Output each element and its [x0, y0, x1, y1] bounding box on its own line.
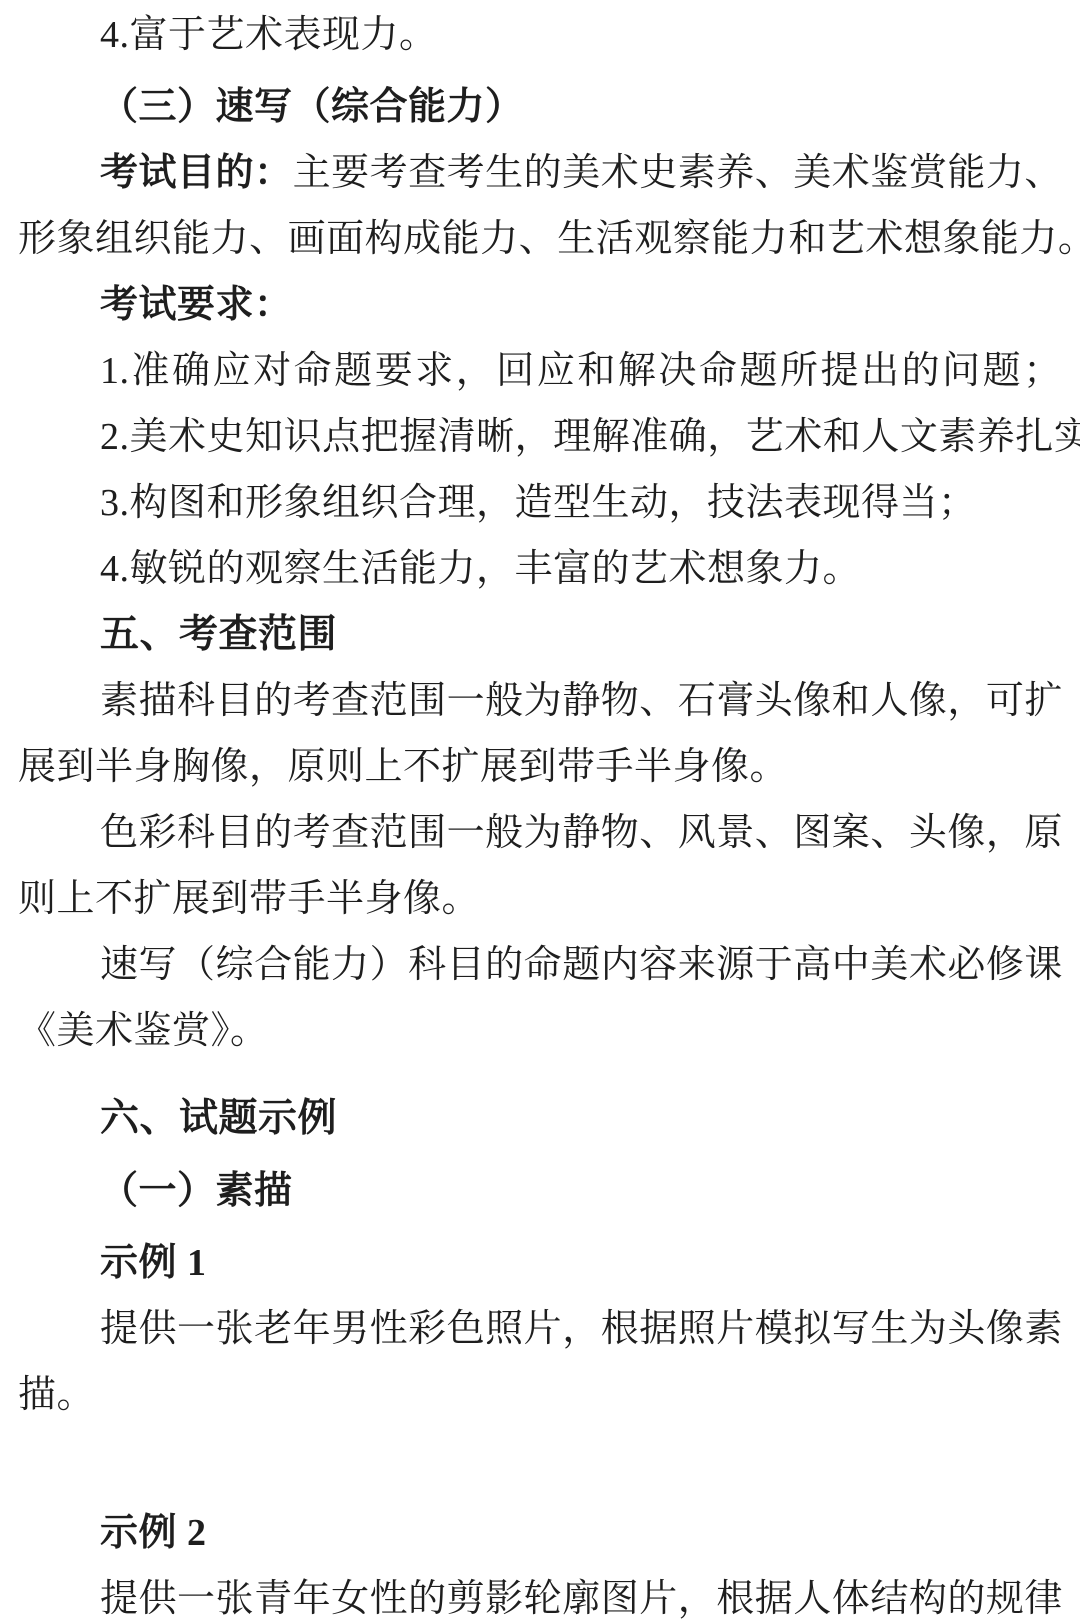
line-label: 考试要求： [100, 284, 293, 326]
text-line: 1.准确应对命题要求，回应和解决命题所提出的问题； [18, 338, 1062, 404]
text-line: 4.富于艺术表现力。 [18, 2, 1062, 68]
text-line: 形象组织能力、画面构成能力、生活观察能力和艺术想象能力。 [18, 206, 1062, 272]
text-line: 4.敏锐的观察生活能力，丰富的艺术想象力。 [18, 536, 1062, 602]
text-line: 考试要求： [18, 272, 1062, 338]
blank-line [18, 1428, 1062, 1494]
text-line: 速写（综合能力）科目的命题内容来源于高中美术必修课 [18, 932, 1062, 998]
sub-heading: （三）速写（综合能力） [18, 74, 1062, 140]
text-line: 素描科目的考查范围一般为静物、石膏头像和人像，可扩 [18, 668, 1062, 734]
text-line: 提供一张老年男性彩色照片，根据照片模拟写生为头像素 [18, 1296, 1062, 1362]
section-heading: 六、试题示例 [18, 1086, 1062, 1152]
text-line: 2.美术史知识点把握清晰，理解准确，艺术和人文素养扎实； [18, 404, 1062, 470]
text-line: 描。 [18, 1362, 1062, 1428]
sub-heading: 示例 2 [18, 1500, 1062, 1566]
sub-heading: 示例 1 [18, 1230, 1062, 1296]
document-page: 4.富于艺术表现力。（三）速写（综合能力）考试目的：主要考查考生的美术史素养、美… [0, 0, 1080, 1624]
sub-heading: （一）素描 [18, 1158, 1062, 1224]
text-line: 色彩科目的考查范围一般为静物、风景、图案、头像，原 [18, 800, 1062, 866]
text-line: 展到半身胸像，原则上不扩展到带手半身像。 [18, 734, 1062, 800]
text-line: 《美术鉴赏》。 [18, 998, 1062, 1064]
text-line: 考试目的：主要考查考生的美术史素养、美术鉴赏能力、 [18, 140, 1062, 206]
section-heading: 五、考查范围 [18, 602, 1062, 668]
text-line: 则上不扩展到带手半身像。 [18, 866, 1062, 932]
text-line: 3.构图和形象组织合理，造型生动，技法表现得当； [18, 470, 1062, 536]
text-line: 提供一张青年女性的剪影轮廓图片，根据人体结构的规律 [18, 1566, 1062, 1624]
document-body: 4.富于艺术表现力。（三）速写（综合能力）考试目的：主要考查考生的美术史素养、美… [18, 2, 1062, 1624]
